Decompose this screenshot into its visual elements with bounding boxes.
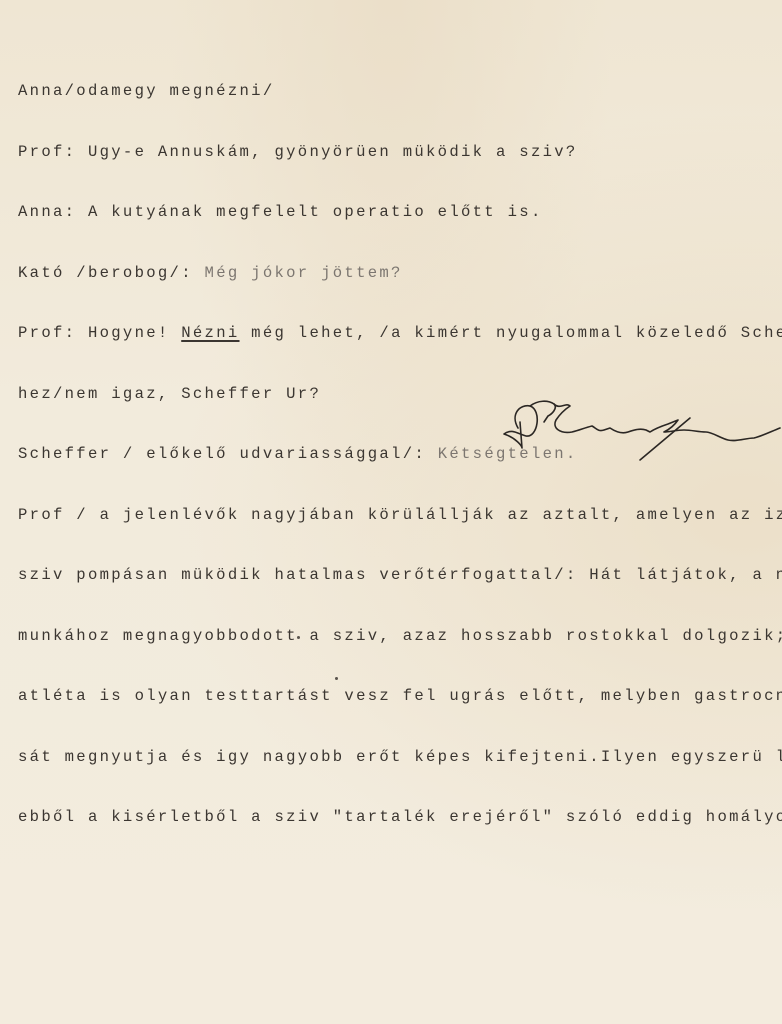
- line-segment: hez/nem igaz, Scheffer Ur?: [18, 385, 321, 403]
- text-line: Prof: Hogyne! Nézni még lehet, /a kimért…: [18, 321, 782, 346]
- text-line: Prof / a jelenlévők nagyjában körülálljá…: [18, 503, 782, 528]
- line-segment: Prof: Ugy-e Annuskám, gyönyörüen müködik…: [18, 143, 578, 161]
- line-segment: Prof / a jelenlévők nagyjában körülálljá…: [18, 506, 782, 524]
- text-line: ebből a kisérletből a sziv "tartalék ere…: [18, 805, 782, 830]
- line-segment: Anna: A kutyának megfelelt operatio előt…: [18, 203, 543, 221]
- text-line: atléta is olyan testtartást vesz fel ugr…: [18, 684, 782, 709]
- line-segment: munkához megnagyobbodott a sziv, azaz ho…: [18, 627, 782, 645]
- line-segment: Anna/odamegy megnézni/: [18, 82, 274, 100]
- line-segment: sziv pompásan müködik hatalmas verőtérfo…: [18, 566, 782, 584]
- line-segment: ebből a kisérletből a sziv "tartalék ere…: [18, 808, 782, 826]
- text-line: Anna: A kutyának megfelelt operatio előt…: [18, 200, 782, 225]
- text-line: sát megnyutja és igy nagyobb erőt képes …: [18, 745, 782, 770]
- text-line: Anna/odamegy megnézni/: [18, 79, 782, 104]
- text-line: munkához megnagyobbodott a sziv, azaz ho…: [18, 624, 782, 649]
- line-segment: Kató /berobog/:: [18, 264, 205, 282]
- text-line: Prof: Ugy-e Annuskám, gyönyörüen müködik…: [18, 140, 782, 165]
- text-line: Kató /berobog/: Még jókor jöttem?: [18, 261, 782, 286]
- faint-text-segment: Még jókor jöttem?: [205, 264, 403, 282]
- line-segment: atléta is olyan testtartást vesz fel ugr…: [18, 687, 782, 705]
- underlined-word: Nézni: [181, 324, 239, 342]
- line-segment: sát megnyutja és igy nagyobb erőt képes …: [18, 748, 782, 766]
- line-segment: még lehet, /a kimért nyugalommal közeled…: [240, 324, 782, 342]
- text-line: sziv pompásan müködik hatalmas verőtérfo…: [18, 563, 782, 588]
- scanned-page: Anna/odamegy megnézni/ Prof: Ugy-e Annus…: [0, 0, 782, 1024]
- paper-speck: [335, 677, 338, 680]
- line-segment: Prof: Hogyne!: [18, 324, 181, 342]
- paper-speck: [297, 636, 300, 639]
- handwritten-signature: [500, 392, 782, 482]
- line-segment: Scheffer / előkelő udvariassággal/:: [18, 445, 438, 463]
